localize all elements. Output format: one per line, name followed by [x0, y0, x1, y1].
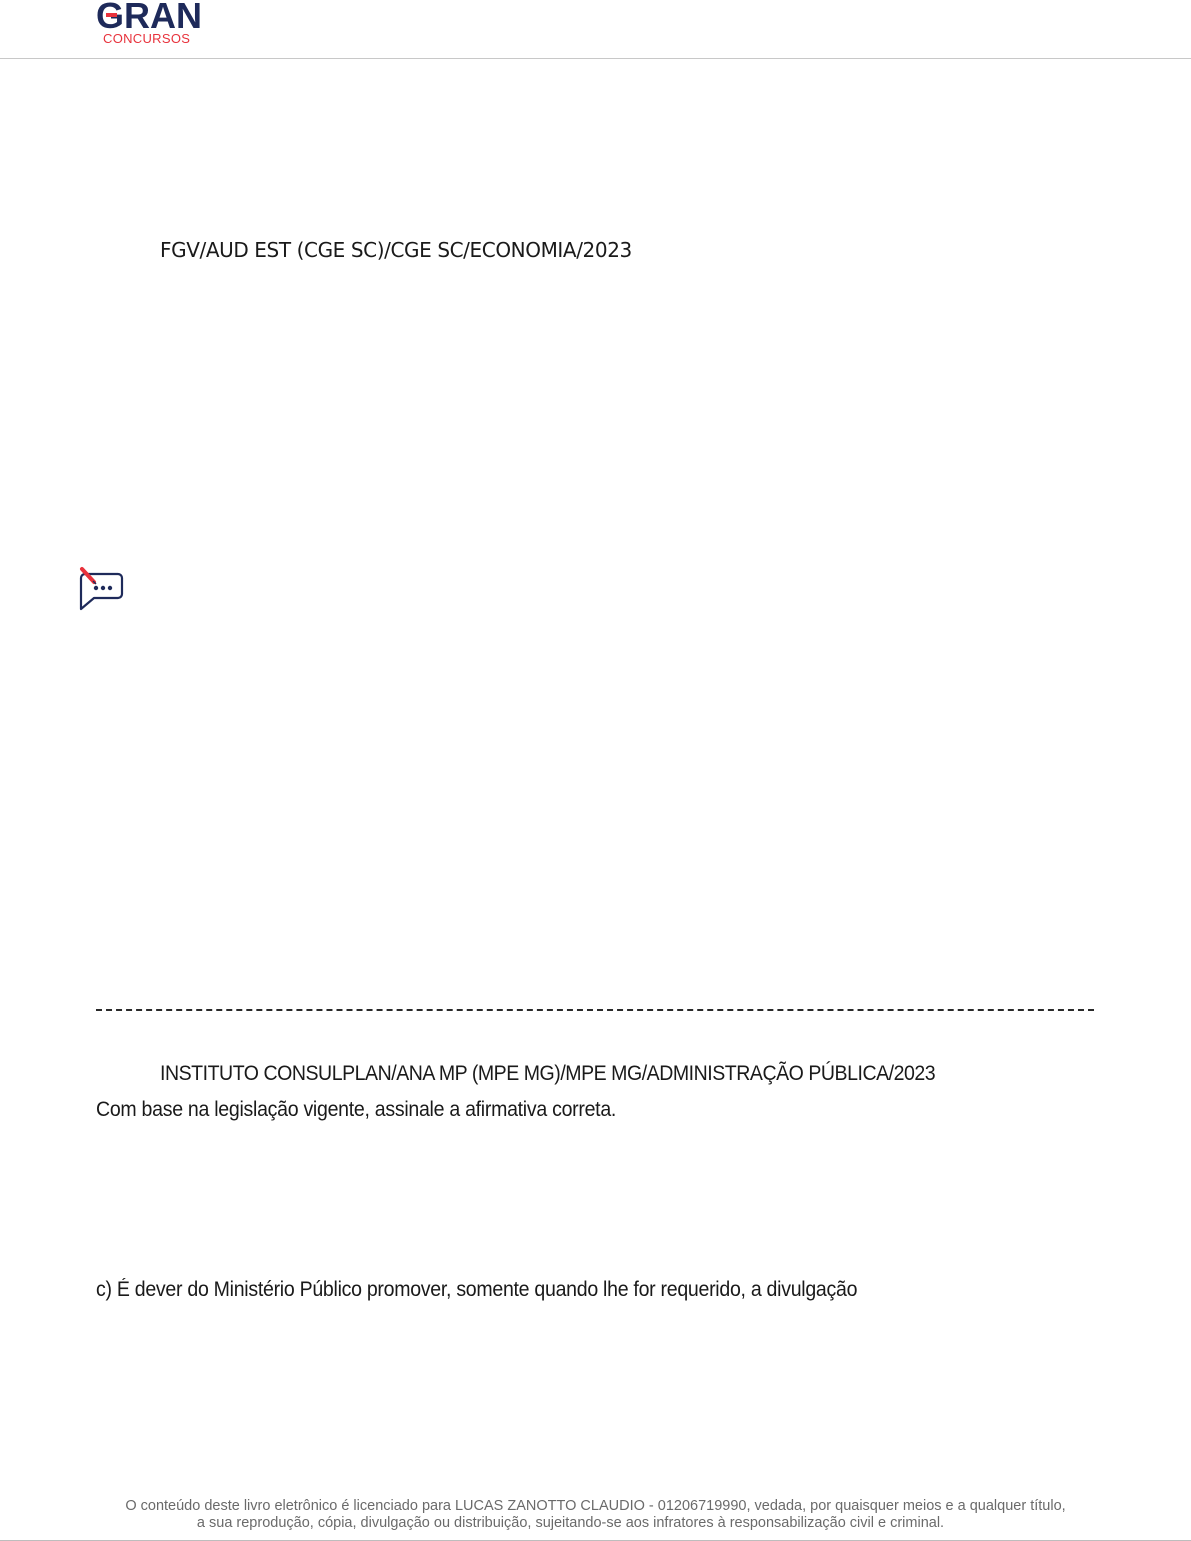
footer-line-2: a sua reprodução, cópia, divulgação ou d… — [0, 1515, 1191, 1532]
question-source: INSTITUTO CONSULPLAN/ANA MP (MPE MG)/MPE… — [160, 1062, 935, 1086]
gran-concursos-logo: GRAN CONCURSOS — [96, 0, 216, 52]
page-header: GRAN CONCURSOS — [0, 0, 1191, 59]
logo-accent-bar — [106, 13, 117, 17]
license-footer: O conteúdo deste livro eletrônico é lice… — [0, 1498, 1191, 1541]
question-divider — [96, 1009, 1094, 1011]
logo-subtitle: CONCURSOS — [103, 31, 190, 47]
comment-edit-icon — [74, 564, 126, 614]
question-source: FGV/AUD EST (CGE SC)/CGE SC/ECONOMIA/202… — [160, 238, 632, 262]
footer-line-1: O conteúdo deste livro eletrônico é lice… — [0, 1498, 1191, 1515]
question-stem: Com base na legislação vigente, assinale… — [96, 1098, 616, 1122]
answer-option-c[interactable]: c) É dever do Ministério Público promove… — [96, 1278, 857, 1302]
